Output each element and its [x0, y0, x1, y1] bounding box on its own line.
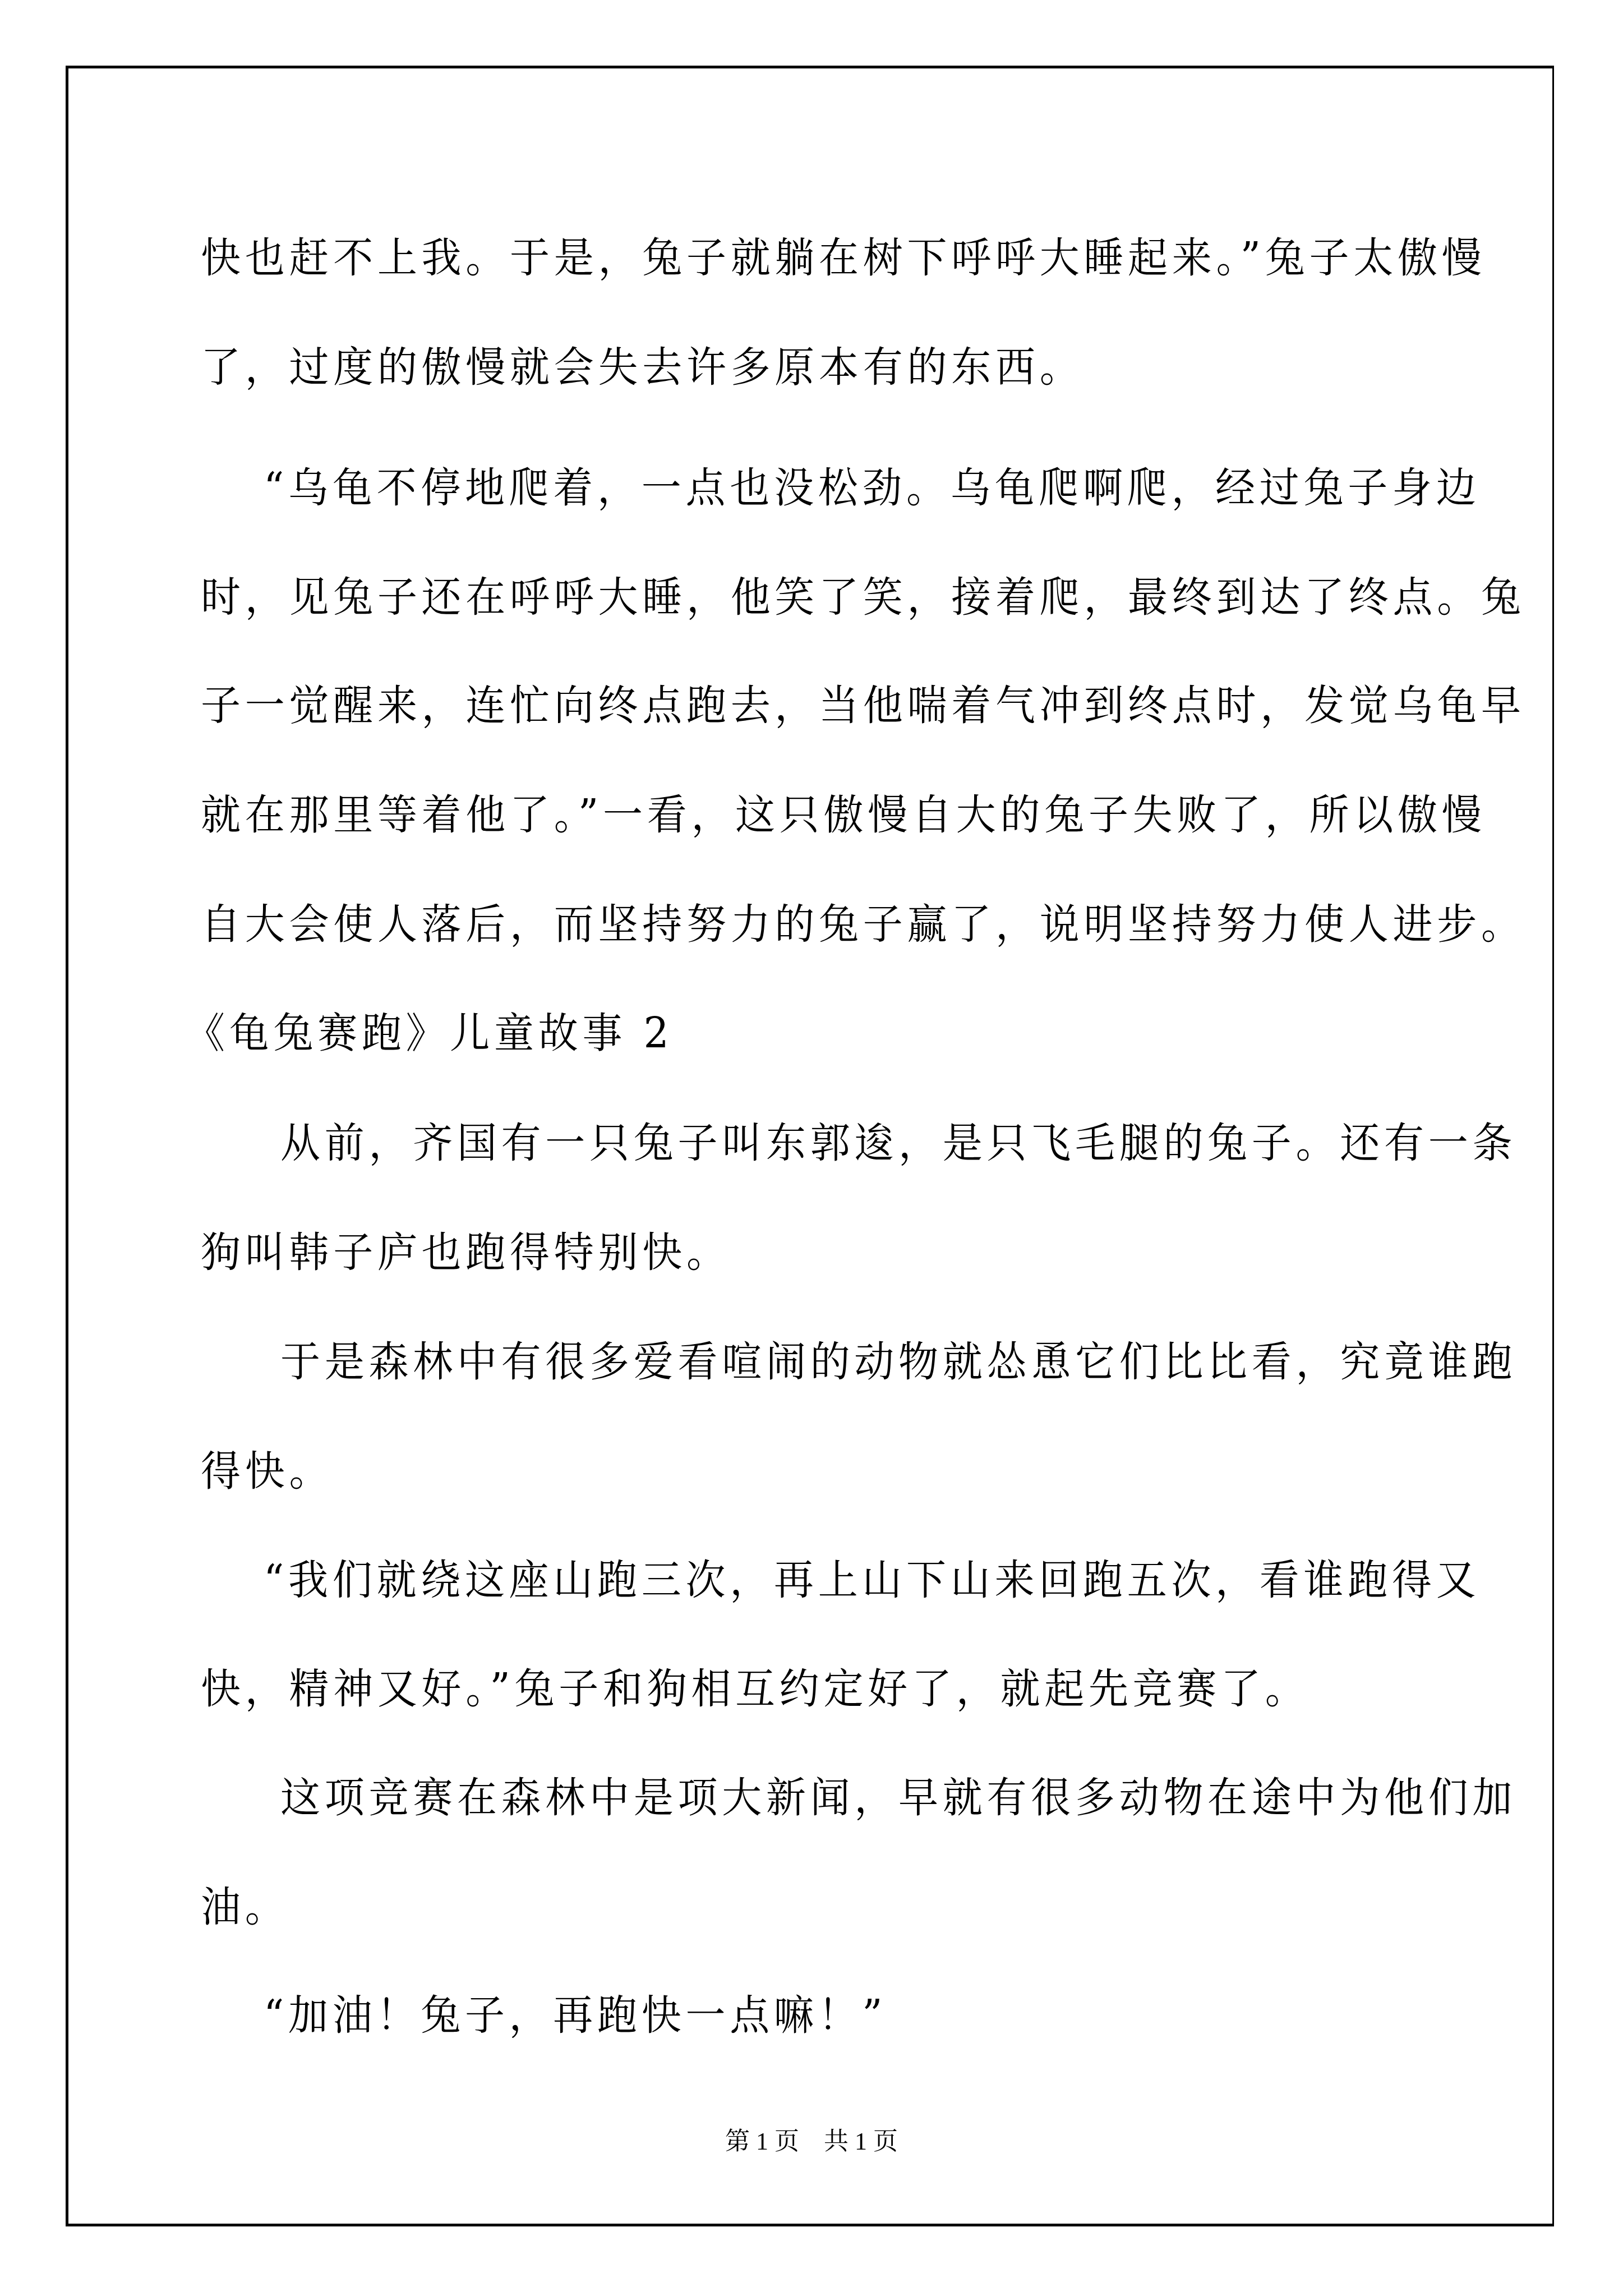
text-line: 时，见兔子还在呼呼大睡，他笑了笑，接着爬，最终到达了终点。兔	[201, 572, 1385, 623]
section-title: 《龟兔赛跑》儿童故事 2	[185, 1008, 1370, 1059]
text-line: 就在那里等着他了。”一看，这只傲慢自大的兔子失败了，所以傲慢	[201, 790, 1385, 840]
text-line: 狗叫韩子庐也跑得特别快。	[201, 1227, 1385, 1278]
text-line: “加油！兔子，再跑快一点嘛！”	[264, 1990, 1448, 2041]
text-line: “乌龟不停地爬着，一点也没松劲。乌龟爬啊爬，经过兔子身边	[264, 463, 1448, 513]
text-line: 得快。	[201, 1446, 1385, 1497]
text-line: 从前，齐国有一只兔子叫东郭逡，是只飞毛腿的兔子。还有一条	[280, 1118, 1465, 1168]
text-line: 子一觉醒来，连忙向终点跑去，当他喘着气冲到终点时，发觉乌龟早	[201, 680, 1385, 731]
text-line: 于是森林中有很多爱看喧闹的动物就怂恿它们比比看，究竟谁跑	[280, 1337, 1465, 1387]
text-line: 油。	[201, 1882, 1385, 1932]
text-line: 快也赶不上我。于是，兔子就躺在树下呼呼大睡起来。”兔子太傲慢	[201, 233, 1385, 283]
text-line: 这项竞赛在森林中是项大新闻，早就有很多动物在途中为他们加	[280, 1773, 1465, 1823]
text-line: 自大会使人落后，而坚持努力的兔子赢了，说明坚持努力使人进步。	[201, 899, 1385, 950]
text-line: 了，过度的傲慢就会失去许多原本有的东西。	[201, 342, 1385, 393]
text-line: 快，精神又好。”兔子和狗相互约定好了，就起先竞赛了。	[201, 1664, 1385, 1714]
page-number-footer: 第 1 页 共 1 页	[0, 2126, 1623, 2157]
text-line: “我们就绕这座山跑三次，再上山下山来回跑五次，看谁跑得又	[264, 1555, 1448, 1605]
